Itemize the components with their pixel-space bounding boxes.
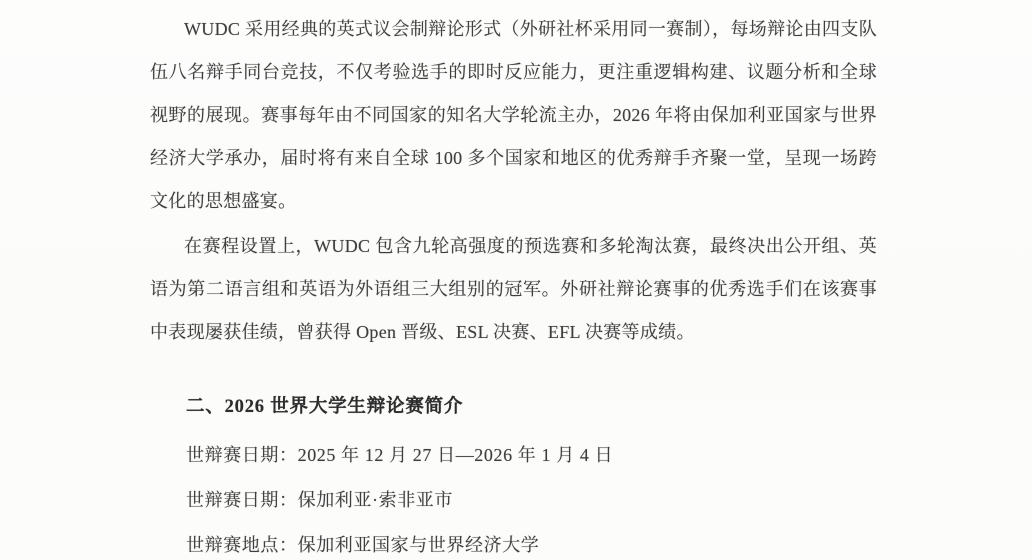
paragraph-wudc-format: WUDC 采用经典的英式议会制辩论形式（外研社杯采用同一赛制），每场辩论由四支队… xyxy=(150,8,877,223)
info-line-event-dates: 世辩赛日期：2025 年 12 月 27 日—2026 年 1 月 4 日 xyxy=(186,433,877,478)
section-heading-2026-wudc-intro: 二、2026 世界大学生辩论赛简介 xyxy=(186,394,877,420)
info-line-event-venue: 世辩赛地点：保加利亚国家与世界经济大学 xyxy=(186,523,877,560)
info-line-event-city: 世辩赛日期：保加利亚·索非亚市 xyxy=(186,478,877,523)
document-page: WUDC 采用经典的英式议会制辩论形式（外研社杯采用同一赛制），每场辩论由四支队… xyxy=(0,0,1032,560)
paragraph-wudc-schedule: 在赛程设置上，WUDC 包含九轮高强度的预选赛和多轮淘汰赛，最终决出公开组、英语… xyxy=(150,225,877,354)
event-info-block: 世辩赛日期：2025 年 12 月 27 日—2026 年 1 月 4 日 世辩… xyxy=(186,433,877,560)
